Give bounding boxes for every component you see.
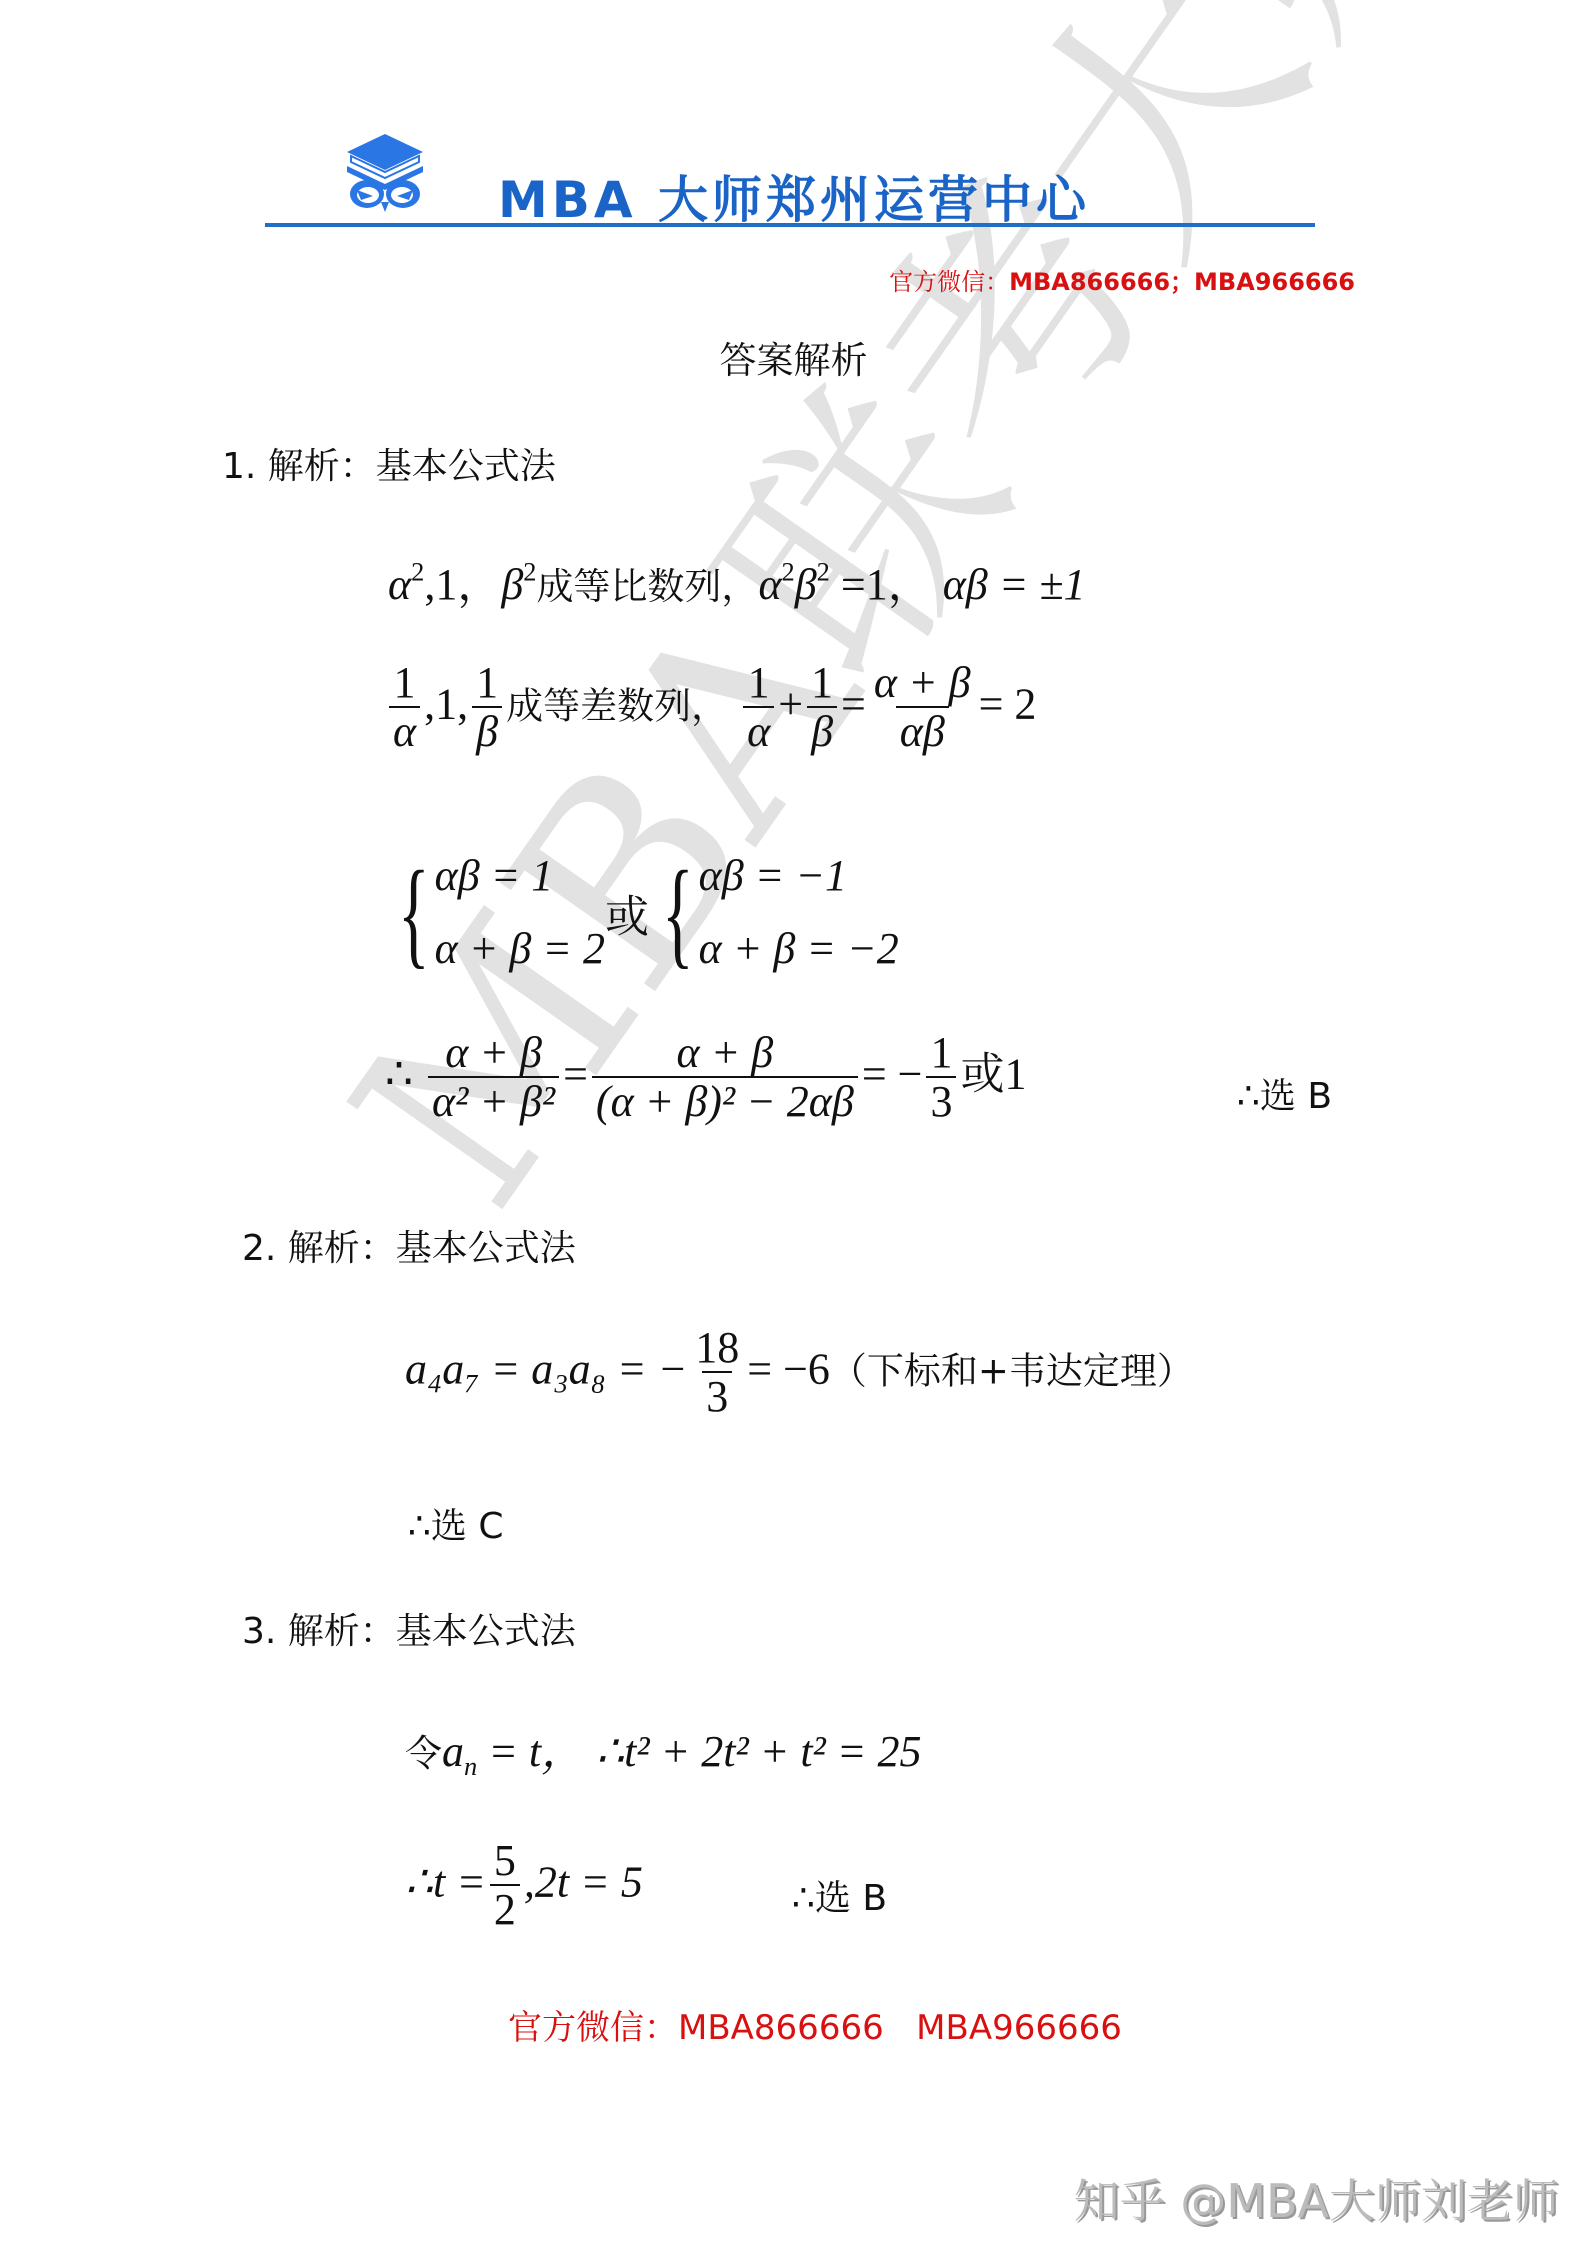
zhihu-watermark: 知乎 @MBA大师刘老师 xyxy=(1074,2165,1559,2231)
wechat-label: 官方微信： xyxy=(889,268,1009,296)
section-1-heading: 1. 解析：基本公式法 xyxy=(222,438,556,489)
section-1-line-2: 1α,1,1β成等差数列， 1α+1β=α + βαβ= 2 xyxy=(385,660,1036,757)
owl-book-logo-icon xyxy=(343,132,427,214)
section-1-system: {αβ = 1α + β = 2或{αβ = −1α + β = −2 xyxy=(385,840,899,985)
section-3-answer: ∴选 B xyxy=(792,1870,887,1921)
section-1-line-1: α2,1，β2成等比数列，α2β2 =1， αβ = ±1 xyxy=(388,548,1086,612)
section-3-line-1: 令an = t， ∴t² + 2t² + t² = 25 xyxy=(405,1715,921,1779)
section-3-heading: 3. 解析：基本公式法 xyxy=(242,1603,576,1654)
section-2-heading: 2. 解析：基本公式法 xyxy=(242,1220,576,1271)
wechat-ids: MBA866666；MBA966666 xyxy=(1009,268,1355,296)
wechat-contact-bottom: 官方微信：MBA866666 MBA966666 xyxy=(508,2000,1122,2049)
section-2-equation: a₄a₇ = a₃a₈ = −183= −6（下标和+韦达定理） xyxy=(405,1325,1194,1422)
section-1-answer: ∴选 B xyxy=(1237,1068,1332,1119)
page-title: 答案解析 xyxy=(0,330,1587,384)
header-divider xyxy=(265,223,1315,227)
section-2-answer: ∴选 C xyxy=(408,1498,504,1549)
wechat-contact-top: 官方微信：MBA866666；MBA966666 xyxy=(889,262,1355,297)
section-3-line-2: ∴t =52,2t = 5 xyxy=(405,1838,643,1935)
section-1-line-4: ∴ α + βα² + β²=α + β(α + β)² − 2αβ= −13或… xyxy=(385,1030,1026,1127)
brand-title: MBA 大师郑州运营中心 xyxy=(498,160,1090,232)
